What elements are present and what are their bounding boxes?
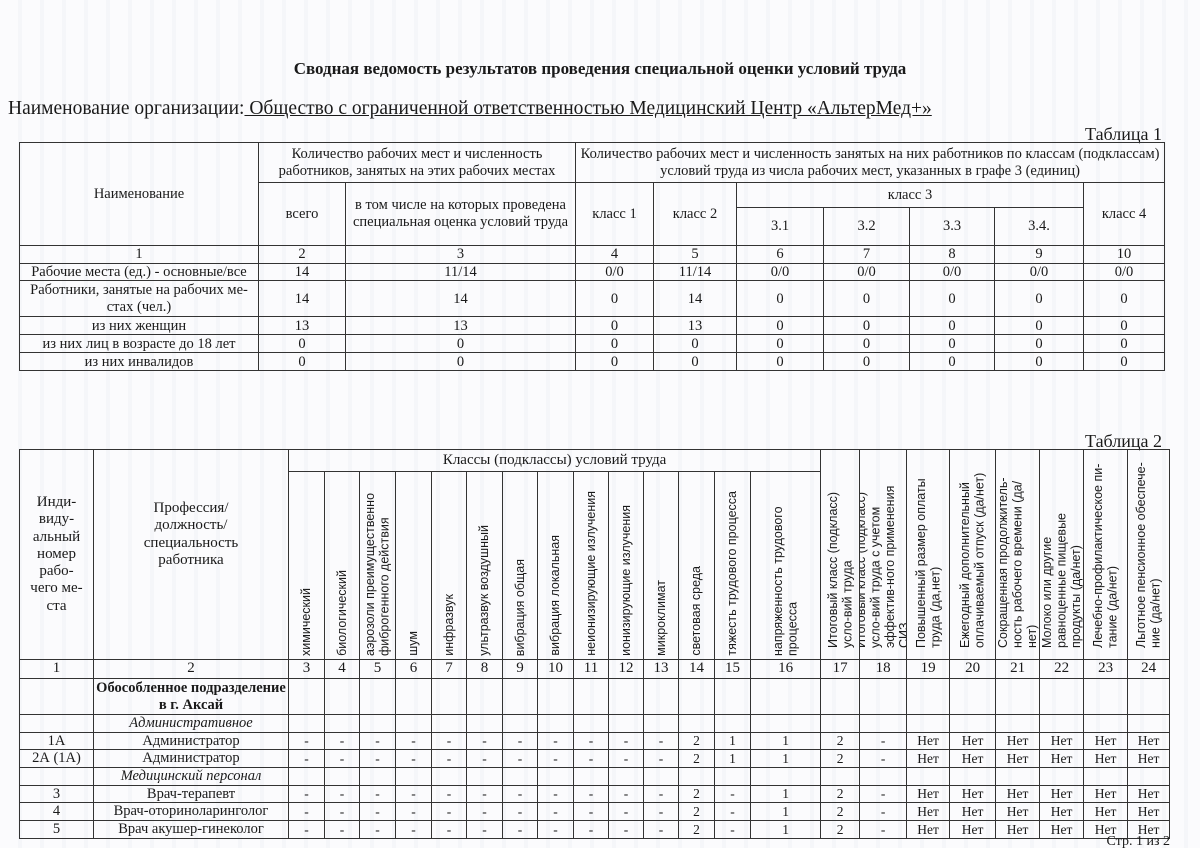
header-extra-text: Сокращенная продолжитель-ность рабочего … bbox=[996, 458, 1039, 648]
cell-value: 1 bbox=[751, 803, 821, 821]
cell-value: - bbox=[432, 785, 467, 803]
cell-value: 1 bbox=[715, 732, 751, 750]
cell-value: - bbox=[644, 785, 679, 803]
empty-cell bbox=[679, 679, 715, 715]
table-row: Работники, занятые на рабочих ме-стах (ч… bbox=[20, 281, 1165, 317]
empty-cell bbox=[1040, 768, 1084, 786]
empty-cell bbox=[860, 768, 907, 786]
cell-value: Нет bbox=[996, 785, 1040, 803]
cell-value: Нет bbox=[1040, 732, 1084, 750]
cell-value: - bbox=[396, 750, 432, 768]
empty-cell bbox=[20, 715, 94, 733]
header-extra-text: Итоговый класс (подкласс) усло-вий труда bbox=[826, 458, 855, 648]
cell-value: Нет bbox=[1040, 785, 1084, 803]
empty-cell bbox=[503, 768, 538, 786]
cell-value: - bbox=[467, 750, 503, 768]
cell-value: 0 bbox=[910, 353, 995, 371]
summary-table-body: НаименованиеКоличество рабочих мест и чи… bbox=[19, 142, 1165, 371]
cell-value: 0/0 bbox=[995, 263, 1084, 281]
cell-value: 0 bbox=[1084, 335, 1165, 353]
header-extra-text: Молоко или другие равноценные пищевые пр… bbox=[1040, 458, 1083, 648]
cell-value: - bbox=[432, 732, 467, 750]
cell-value: Нет bbox=[950, 785, 996, 803]
cell-value: - bbox=[289, 803, 325, 821]
cell-value: - bbox=[396, 785, 432, 803]
table-row: из них лиц в возрасте до 18 лет000000000 bbox=[20, 335, 1165, 353]
column-number: 9 bbox=[995, 246, 1084, 264]
header-class3-4: 3.4. bbox=[995, 208, 1084, 246]
header-class1: класс 1 bbox=[576, 183, 654, 246]
empty-cell bbox=[503, 679, 538, 715]
cell-value: 0 bbox=[576, 281, 654, 317]
cell-value: Нет bbox=[1128, 785, 1170, 803]
cell-value: Нет bbox=[907, 750, 950, 768]
cell-value: 0 bbox=[737, 281, 824, 317]
cell-value: Нет bbox=[1084, 785, 1128, 803]
header-extra: Ежегодный дополнительный оплачиваемый от… bbox=[950, 450, 996, 660]
cell-value: 0 bbox=[824, 335, 910, 353]
cell-value: - bbox=[467, 785, 503, 803]
cell-value: 0 bbox=[654, 335, 737, 353]
cell-value: - bbox=[325, 821, 360, 839]
cell-value: Нет bbox=[1128, 803, 1170, 821]
cell-value: Нет bbox=[996, 732, 1040, 750]
empty-cell bbox=[644, 679, 679, 715]
header-class3-3: 3.3 bbox=[910, 208, 995, 246]
cell-value: - bbox=[609, 803, 644, 821]
cell-value: 0 bbox=[910, 317, 995, 335]
empty-cell bbox=[325, 715, 360, 733]
cell-value: - bbox=[503, 750, 538, 768]
cell-value: - bbox=[715, 785, 751, 803]
empty-cell bbox=[538, 768, 574, 786]
empty-cell bbox=[821, 679, 860, 715]
row-label: из них лиц в возрасте до 18 лет bbox=[20, 335, 259, 353]
row-label: из них женщин bbox=[20, 317, 259, 335]
organization-label: Наименование организации: bbox=[8, 98, 244, 119]
cell-value: Нет bbox=[1084, 732, 1128, 750]
cell-value: 0 bbox=[346, 353, 576, 371]
cell-value: Нет bbox=[1040, 803, 1084, 821]
column-number: 2 bbox=[259, 246, 346, 264]
empty-cell bbox=[467, 715, 503, 733]
profession: Врач-терапевт bbox=[94, 785, 289, 803]
header-factor-text: тяжесть трудового процесса bbox=[725, 491, 739, 656]
cell-value: 14 bbox=[259, 281, 346, 317]
header-extra-text: Итоговый класс (подкласс) усло-вий труда… bbox=[860, 458, 907, 648]
cell-value: - bbox=[360, 785, 396, 803]
subsection-row: Административное bbox=[20, 715, 1170, 733]
column-number: 22 bbox=[1040, 660, 1084, 679]
cell-value: - bbox=[609, 750, 644, 768]
workplace-id: 1А bbox=[20, 732, 94, 750]
empty-cell bbox=[644, 715, 679, 733]
cell-value: 0 bbox=[737, 317, 824, 335]
header-factor-text: шум bbox=[406, 631, 420, 656]
cell-value: - bbox=[860, 750, 907, 768]
cell-value: - bbox=[503, 821, 538, 839]
empty-cell bbox=[1040, 679, 1084, 715]
cell-value: - bbox=[609, 785, 644, 803]
empty-cell bbox=[360, 768, 396, 786]
cell-value: 0 bbox=[259, 335, 346, 353]
cell-value: - bbox=[860, 803, 907, 821]
header-factor-text: вибрация локальная bbox=[548, 535, 562, 656]
header-extra: Итоговый класс (подкласс) усло-вий труда… bbox=[860, 450, 907, 660]
empty-cell bbox=[996, 679, 1040, 715]
cell-value: Нет bbox=[996, 821, 1040, 839]
row-label: из них инвалидов bbox=[20, 353, 259, 371]
header-extra-text: Ежегодный дополнительный оплачиваемый от… bbox=[958, 458, 987, 648]
cell-value: - bbox=[574, 732, 609, 750]
column-number: 6 bbox=[396, 660, 432, 679]
cell-value: 2 bbox=[821, 732, 860, 750]
header-extra: Лечебно-профилактическое пи-тание (да/не… bbox=[1084, 450, 1128, 660]
empty-cell bbox=[289, 679, 325, 715]
cell-value: 2 bbox=[679, 732, 715, 750]
empty-cell bbox=[467, 768, 503, 786]
table-row: из них инвалидов000000000 bbox=[20, 353, 1165, 371]
cell-value: 0 bbox=[737, 353, 824, 371]
cell-value: Нет bbox=[1040, 750, 1084, 768]
cell-value: Нет bbox=[1128, 732, 1170, 750]
column-number: 15 bbox=[715, 660, 751, 679]
header-factor: аэрозоли преимущественно фиброгенного де… bbox=[360, 472, 396, 660]
header-factor: биологический bbox=[325, 472, 360, 660]
empty-cell bbox=[715, 679, 751, 715]
cell-value: - bbox=[467, 821, 503, 839]
empty-cell bbox=[950, 768, 996, 786]
empty-cell bbox=[289, 768, 325, 786]
header-factor: шум bbox=[396, 472, 432, 660]
table-row: из них женщин131301300000 bbox=[20, 317, 1165, 335]
header-class4: класс 4 bbox=[1084, 183, 1165, 246]
cell-value: 2 bbox=[679, 803, 715, 821]
empty-cell bbox=[289, 715, 325, 733]
cell-value: - bbox=[644, 750, 679, 768]
cell-value: - bbox=[325, 732, 360, 750]
column-number: 14 bbox=[679, 660, 715, 679]
table-row: Рабочие места (ед.) - основные/все1411/1… bbox=[20, 263, 1165, 281]
header-factor: химический bbox=[289, 472, 325, 660]
cell-value: 0 bbox=[995, 353, 1084, 371]
empty-cell bbox=[360, 715, 396, 733]
header-class2: класс 2 bbox=[654, 183, 737, 246]
cell-value: Нет bbox=[950, 750, 996, 768]
cell-value: 0/0 bbox=[910, 263, 995, 281]
column-number: 5 bbox=[654, 246, 737, 264]
table-row: 5Врач акушер-гинеколог-----------2-12-Не… bbox=[20, 821, 1170, 839]
empty-cell bbox=[860, 715, 907, 733]
column-number: 6 bbox=[737, 246, 824, 264]
profession: Администратор bbox=[94, 750, 289, 768]
workplace-id: 5 bbox=[20, 821, 94, 839]
header-extra: Итоговый класс (подкласс) усло-вий труда bbox=[821, 450, 860, 660]
empty-cell bbox=[996, 768, 1040, 786]
cell-value: Нет bbox=[1084, 803, 1128, 821]
header-extra: Повышенный размер оплаты труда (да,нет) bbox=[907, 450, 950, 660]
empty-cell bbox=[715, 715, 751, 733]
cell-value: 14 bbox=[346, 281, 576, 317]
empty-cell bbox=[751, 715, 821, 733]
profession: Врач акушер-гинеколог bbox=[94, 821, 289, 839]
empty-cell bbox=[1128, 768, 1170, 786]
cell-value: - bbox=[432, 750, 467, 768]
cell-value: - bbox=[644, 803, 679, 821]
header-factor: ионизирующие излучения bbox=[609, 472, 644, 660]
column-number: 12 bbox=[609, 660, 644, 679]
header-factor: вибрация локальная bbox=[538, 472, 574, 660]
cell-value: 13 bbox=[259, 317, 346, 335]
empty-cell bbox=[679, 768, 715, 786]
header-factor: инфразвук bbox=[432, 472, 467, 660]
profession: Врач-оториноларинголог bbox=[94, 803, 289, 821]
cell-value: - bbox=[289, 732, 325, 750]
column-number: 3 bbox=[289, 660, 325, 679]
cell-value: 0 bbox=[910, 335, 995, 353]
column-numbers-row: 123456789101112131415161718192021222324 bbox=[20, 660, 1170, 679]
cell-value: Нет bbox=[907, 803, 950, 821]
row-label: Работники, занятые на рабочих ме-стах (ч… bbox=[20, 281, 259, 317]
header-factor-text: ионизирующие излучения bbox=[619, 505, 633, 656]
cell-value: - bbox=[860, 785, 907, 803]
organization-line: Наименование организации: Общество с огр… bbox=[8, 98, 932, 120]
cell-value: 0 bbox=[737, 335, 824, 353]
empty-cell bbox=[950, 715, 996, 733]
empty-cell bbox=[996, 715, 1040, 733]
cell-value: 1 bbox=[715, 750, 751, 768]
cell-value: - bbox=[503, 732, 538, 750]
cell-value: - bbox=[538, 732, 574, 750]
cell-value: 13 bbox=[654, 317, 737, 335]
empty-cell bbox=[907, 715, 950, 733]
column-number: 2 bbox=[94, 660, 289, 679]
cell-value: 0 bbox=[824, 317, 910, 335]
cell-value: Нет bbox=[950, 821, 996, 839]
header-total: всего bbox=[259, 183, 346, 246]
cell-value: 2 bbox=[821, 785, 860, 803]
cell-value: - bbox=[432, 821, 467, 839]
cell-value: 0 bbox=[576, 317, 654, 335]
cell-value: - bbox=[538, 821, 574, 839]
empty-cell bbox=[1084, 715, 1128, 733]
cell-value: 0 bbox=[995, 335, 1084, 353]
cell-value: 0/0 bbox=[737, 263, 824, 281]
cell-value: 0 bbox=[910, 281, 995, 317]
empty-cell bbox=[396, 679, 432, 715]
cell-value: Нет bbox=[996, 750, 1040, 768]
header-extra: Молоко или другие равноценные пищевые пр… bbox=[1040, 450, 1084, 660]
cell-value: - bbox=[360, 750, 396, 768]
row-label: Рабочие места (ед.) - основные/все bbox=[20, 263, 259, 281]
cell-value: - bbox=[574, 821, 609, 839]
empty-cell bbox=[751, 768, 821, 786]
column-number: 24 bbox=[1128, 660, 1170, 679]
empty-cell bbox=[609, 679, 644, 715]
header-factor: тяжесть трудового процесса bbox=[715, 472, 751, 660]
column-number: 10 bbox=[1084, 246, 1165, 264]
column-number: 13 bbox=[644, 660, 679, 679]
cell-value: 1 bbox=[751, 785, 821, 803]
empty-cell bbox=[1084, 679, 1128, 715]
cell-value: 11/14 bbox=[654, 263, 737, 281]
column-number: 18 bbox=[860, 660, 907, 679]
cell-value: - bbox=[289, 750, 325, 768]
section-row: Обособленное подразделение в г. Аксай bbox=[20, 679, 1170, 715]
empty-cell bbox=[432, 768, 467, 786]
column-number: 7 bbox=[824, 246, 910, 264]
cell-value: - bbox=[715, 821, 751, 839]
cell-value: - bbox=[609, 821, 644, 839]
cell-value: Нет bbox=[1040, 821, 1084, 839]
column-number: 21 bbox=[996, 660, 1040, 679]
cell-value: 0 bbox=[654, 353, 737, 371]
cell-value: - bbox=[325, 750, 360, 768]
cell-value: - bbox=[538, 785, 574, 803]
cell-value: - bbox=[538, 803, 574, 821]
cell-value: - bbox=[574, 785, 609, 803]
profession: Администратор bbox=[94, 732, 289, 750]
empty-cell bbox=[950, 679, 996, 715]
column-number: 17 bbox=[821, 660, 860, 679]
empty-cell bbox=[325, 679, 360, 715]
cell-value: 13 bbox=[346, 317, 576, 335]
header-class3-2: 3.2 bbox=[824, 208, 910, 246]
cell-value: - bbox=[325, 803, 360, 821]
cell-value: 0 bbox=[824, 353, 910, 371]
cell-value: 1 bbox=[751, 750, 821, 768]
header-extra-text: Лечебно-профилактическое пи-тание (да/не… bbox=[1091, 458, 1120, 648]
header-factor-text: ультразвук воздушный bbox=[477, 525, 491, 656]
header-profession: Профессия/ должность/ специальность рабо… bbox=[94, 450, 289, 660]
cell-value: Нет bbox=[996, 803, 1040, 821]
empty-cell bbox=[715, 768, 751, 786]
page-number: Стр. 1 из 2 bbox=[1107, 834, 1170, 848]
header-factor: ультразвук воздушный bbox=[467, 472, 503, 660]
column-number: 11 bbox=[574, 660, 609, 679]
column-number: 9 bbox=[503, 660, 538, 679]
document-title: Сводная ведомость результатов проведения… bbox=[0, 59, 1200, 79]
cell-value: 0 bbox=[576, 335, 654, 353]
cell-value: - bbox=[396, 803, 432, 821]
empty-cell bbox=[907, 768, 950, 786]
empty-cell bbox=[574, 768, 609, 786]
cell-value: - bbox=[396, 821, 432, 839]
header-factor-text: микроклимат bbox=[654, 580, 668, 656]
cell-value: - bbox=[360, 803, 396, 821]
subsection-label: Медицинский персонал bbox=[94, 768, 289, 786]
header-class3: класс 3 bbox=[737, 183, 1084, 208]
cell-value: - bbox=[432, 803, 467, 821]
table-row: 2А (1А)Администратор-----------2112-НетН… bbox=[20, 750, 1170, 768]
header-name: Наименование bbox=[20, 143, 259, 246]
header-factor-text: напряженность трудового процесса bbox=[771, 472, 800, 656]
cell-value: 2 bbox=[821, 750, 860, 768]
cell-value: 2 bbox=[821, 821, 860, 839]
cell-value: - bbox=[467, 803, 503, 821]
column-number: 16 bbox=[751, 660, 821, 679]
cell-value: Нет bbox=[1084, 750, 1128, 768]
cell-value: 0 bbox=[1084, 317, 1165, 335]
cell-value: - bbox=[360, 732, 396, 750]
empty-cell bbox=[396, 715, 432, 733]
column-number: 1 bbox=[20, 246, 259, 264]
header-extra-text: Льготное пенсионное обеспече-ние (да/нет… bbox=[1134, 458, 1163, 648]
cell-value: Нет bbox=[950, 732, 996, 750]
cell-value: 1 bbox=[751, 732, 821, 750]
workplace-table: Инди-виду-альный номер рабо-чего ме-ста … bbox=[19, 449, 1170, 839]
empty-cell bbox=[907, 679, 950, 715]
empty-cell bbox=[644, 768, 679, 786]
cell-value: - bbox=[860, 732, 907, 750]
empty-cell bbox=[821, 768, 860, 786]
subsection-row: Медицинский персонал bbox=[20, 768, 1170, 786]
cell-value: - bbox=[860, 821, 907, 839]
cell-value: - bbox=[396, 732, 432, 750]
cell-value: 0 bbox=[346, 335, 576, 353]
header-factor-text: неионизирующие излучения bbox=[584, 491, 598, 656]
cell-value: - bbox=[538, 750, 574, 768]
header-factor: напряженность трудового процесса bbox=[751, 472, 821, 660]
workplace-id: 2А (1А) bbox=[20, 750, 94, 768]
empty-cell bbox=[538, 679, 574, 715]
cell-value: - bbox=[644, 821, 679, 839]
cell-value: Нет bbox=[907, 785, 950, 803]
column-number: 7 bbox=[432, 660, 467, 679]
column-number: 8 bbox=[910, 246, 995, 264]
cell-value: - bbox=[467, 732, 503, 750]
cell-value: 11/14 bbox=[346, 263, 576, 281]
header-classes-group: Количество рабочих мест и численность за… bbox=[576, 143, 1165, 183]
empty-cell bbox=[751, 679, 821, 715]
header-class3-1: 3.1 bbox=[737, 208, 824, 246]
empty-cell bbox=[467, 679, 503, 715]
cell-value: - bbox=[574, 803, 609, 821]
header-factor: вибрация общая bbox=[503, 472, 538, 660]
cell-value: 2 bbox=[679, 750, 715, 768]
empty-cell bbox=[325, 768, 360, 786]
empty-cell bbox=[1128, 715, 1170, 733]
cell-value: - bbox=[503, 785, 538, 803]
header-factor-text: инфразвук bbox=[442, 594, 456, 656]
cell-value: 0 bbox=[824, 281, 910, 317]
table-row: 4Врач-оториноларинголог-----------2-12-Н… bbox=[20, 803, 1170, 821]
table-row: 1ААдминистратор-----------2112-НетНетНет… bbox=[20, 732, 1170, 750]
header-factor: световая среда bbox=[679, 472, 715, 660]
header-count-group: Количество рабочих мест и численность ра… bbox=[259, 143, 576, 183]
column-number: 4 bbox=[576, 246, 654, 264]
column-number: 4 bbox=[325, 660, 360, 679]
cell-value: 14 bbox=[259, 263, 346, 281]
workplace-id: 4 bbox=[20, 803, 94, 821]
header-factor-text: световая среда bbox=[689, 566, 703, 656]
empty-cell bbox=[20, 768, 94, 786]
cell-value: 0/0 bbox=[824, 263, 910, 281]
empty-cell bbox=[609, 715, 644, 733]
column-number: 5 bbox=[360, 660, 396, 679]
cell-value: 0 bbox=[1084, 281, 1165, 317]
column-number: 20 bbox=[950, 660, 996, 679]
empty-cell bbox=[574, 679, 609, 715]
cell-value: 0 bbox=[259, 353, 346, 371]
cell-value: Нет bbox=[1128, 750, 1170, 768]
header-classes-group: Классы (подклассы) условий труда bbox=[289, 450, 821, 472]
cell-value: Нет bbox=[950, 803, 996, 821]
cell-value: - bbox=[715, 803, 751, 821]
empty-cell bbox=[1128, 679, 1170, 715]
empty-cell bbox=[538, 715, 574, 733]
header-workplace-id: Инди-виду-альный номер рабо-чего ме-ста bbox=[20, 450, 94, 660]
